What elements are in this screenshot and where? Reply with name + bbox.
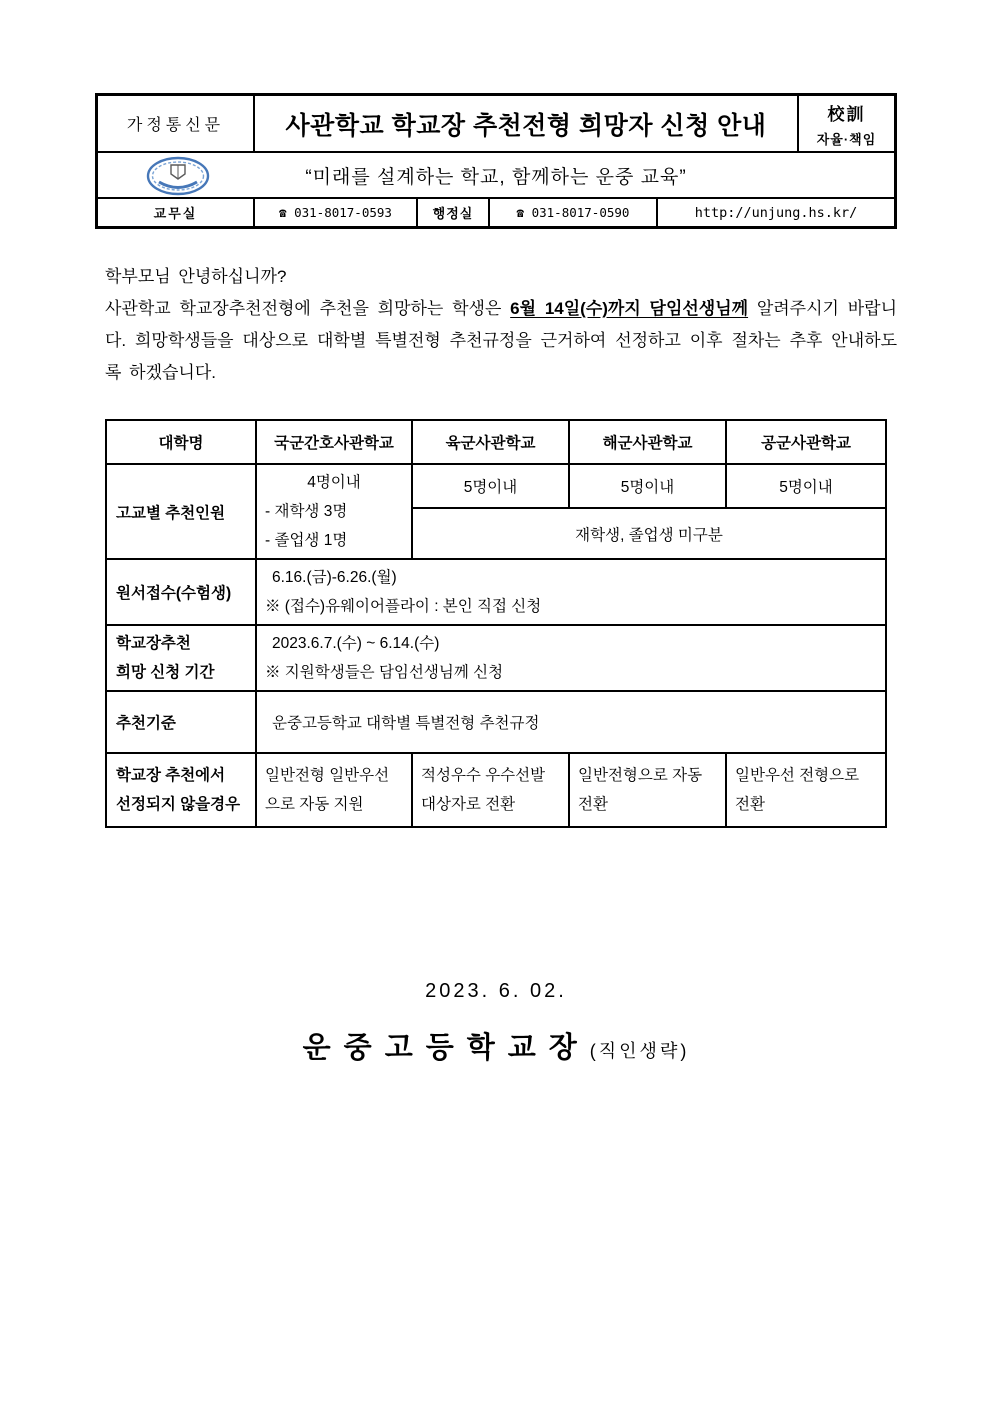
school-emblem-icon (146, 156, 210, 201)
table-header-row: 대학명 국군간호사관학교 육군사관학교 해군사관학교 공군사관학교 (106, 420, 886, 464)
doc-type-label: 가정통신문 (98, 96, 255, 151)
cell-quota-note: 재학생, 졸업생 미구분 (412, 508, 886, 559)
letterhead-title-row: 가정통신문 사관학교 학교장 추천전형 희망자 신청 안내 校訓 자율·책임 (98, 96, 894, 153)
quota-nursing-graduate: - 졸업생 1명 (265, 526, 403, 555)
page-title: 사관학교 학교장 추천전형 희망자 신청 안내 (255, 96, 797, 151)
cell-application-period: 6.16.(금)-6.26.(월) ※ (접수)유웨이어플라이 : 본인 직접 … (256, 559, 886, 625)
office1-label: 교무실 (98, 199, 255, 226)
cell-fallback-nursing: 일반전형 일반우선으로 자동 지원 (256, 753, 412, 827)
office2-phone: ☎ 031-8017-0590 (490, 199, 658, 226)
school-motto-cell: 校訓 자율·책임 (797, 96, 894, 151)
quota-nursing-enrolled: - 재학생 3명 (265, 497, 403, 526)
cell-fallback-airforce: 일반우선 전형으로 전환 (726, 753, 886, 827)
row-label-fallback: 학교장 추천에서 선정되지 않을경우 (106, 753, 256, 827)
col-header-navy-academy: 해군사관학교 (569, 420, 726, 464)
table-row-request-period: 학교장추천 희망 신청 기간 2023.6.7.(수) ~ 6.14.(수) ※… (106, 625, 886, 691)
document-content: 가정통신문 사관학교 학교장 추천전형 희망자 신청 안내 校訓 자율·책임 (95, 93, 897, 1066)
letterhead-slogan-row: “미래를 설계하는 학교, 함께하는 운중 교육” (98, 153, 894, 199)
signature-principal: 운중고등학교장 (303, 1032, 590, 1064)
col-header-army-academy: 육군사관학교 (412, 420, 569, 464)
row-label-criteria: 추천기준 (106, 691, 256, 753)
body-text: 학부모님 안녕하십니까? 사관학교 학교장추천전형에 추천을 희망하는 학생은 … (105, 261, 897, 389)
motto-values: 자율·책임 (817, 129, 877, 148)
recommendation-table: 대학명 국군간호사관학교 육군사관학교 해군사관학교 공군사관학교 고교별 추천… (105, 419, 887, 828)
table-row-criteria: 추천기준 운중고등학교 대학별 특별전형 추천규정 (106, 691, 886, 753)
quota-nursing-total: 4명이내 (265, 468, 403, 497)
paragraph-before: 사관학교 학교장추천전형에 추천을 희망하는 학생은 (105, 299, 510, 318)
fallback-label-line1: 학교장 추천에서 (116, 761, 247, 790)
main-paragraph: 사관학교 학교장추천전형에 추천을 희망하는 학생은 6월 14일(수)까지 담… (105, 293, 897, 389)
cell-fallback-navy: 일반전형으로 자동 전환 (569, 753, 726, 827)
seal-note: (직인생략) (590, 1041, 690, 1061)
application-period: 6.16.(금)-6.26.(월) (265, 563, 877, 592)
cell-quota-nursing: 4명이내 - 재학생 3명 - 졸업생 1명 (256, 464, 412, 559)
table-row-application: 원서접수(수험생) 6.16.(금)-6.26.(월) ※ (접수)유웨이어플라… (106, 559, 886, 625)
school-website: http://unjung.hs.kr/ (658, 199, 894, 226)
table-row-recommend-quota: 고교별 추천인원 4명이내 - 재학생 3명 - 졸업생 1명 5명이내 5명이… (106, 464, 886, 508)
request-period: 2023.6.7.(수) ~ 6.14.(수) (265, 629, 877, 658)
row-label-quota: 고교별 추천인원 (106, 464, 256, 559)
request-note: ※ 지원학생들은 담임선생님께 신청 (265, 658, 877, 687)
criteria-value: 운중고등학교 대학별 특별전형 추천규정 (265, 711, 877, 733)
letterhead-box: 가정통신문 사관학교 학교장 추천전형 희망자 신청 안내 校訓 자율·책임 (95, 93, 897, 229)
request-label-line2: 희망 신청 기간 (116, 658, 247, 687)
col-header-university: 대학명 (106, 420, 256, 464)
application-note: ※ (접수)유웨이어플라이 : 본인 직접 신청 (265, 592, 877, 621)
cell-quota-airforce: 5명이내 (726, 464, 886, 508)
greeting: 학부모님 안녕하십니까? (105, 261, 897, 293)
document-page: 가정통신문 사관학교 학교장 추천전형 희망자 신청 안내 校訓 자율·책임 (0, 0, 992, 1403)
office2-label: 행정실 (418, 199, 490, 226)
cell-quota-army: 5명이내 (412, 464, 569, 508)
cell-quota-navy: 5명이내 (569, 464, 726, 508)
table-row-fallback: 학교장 추천에서 선정되지 않을경우 일반전형 일반우선으로 자동 지원 적성우… (106, 753, 886, 827)
letterhead-contact-row: 교무실 ☎ 031-8017-0593 행정실 ☎ 031-8017-0590 … (98, 199, 894, 226)
cell-criteria-value: 운중고등학교 대학별 특별전형 추천규정 (256, 691, 886, 753)
signature-line: 운중고등학교장(직인생략) (95, 1025, 897, 1066)
row-label-request-period: 학교장추천 희망 신청 기간 (106, 625, 256, 691)
deadline-emphasis: 6월 14일(수)까지 담임선생님께 (510, 299, 748, 318)
cell-request-period: 2023.6.7.(수) ~ 6.14.(수) ※ 지원학생들은 담임선생님께 … (256, 625, 886, 691)
col-header-nursing-academy: 국군간호사관학교 (256, 420, 412, 464)
fallback-label-line2: 선정되지 않을경우 (116, 790, 247, 819)
office1-phone: ☎ 031-8017-0593 (255, 199, 418, 226)
request-label-line1: 학교장추천 (116, 629, 247, 658)
row-label-application: 원서접수(수험생) (106, 559, 256, 625)
school-slogan: “미래를 설계하는 학교, 함께하는 운중 교육” (305, 162, 686, 189)
cell-fallback-army: 적성우수 우수선발 대상자로 전환 (412, 753, 569, 827)
issue-date: 2023. 6. 02. (95, 980, 897, 1003)
motto-heading: 校訓 (828, 100, 866, 125)
col-header-airforce-academy: 공군사관학교 (726, 420, 886, 464)
